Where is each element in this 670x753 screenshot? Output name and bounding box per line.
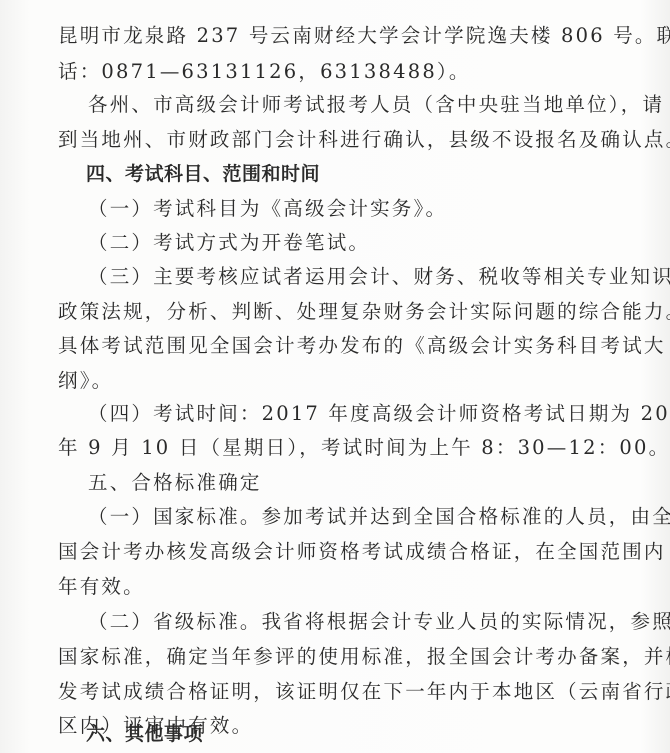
paragraph-line: 政策法规，分析、判断、处理复杂财务会计实际问题的综合能力。 [58, 300, 614, 324]
paragraph-line: 纲》。 [58, 369, 614, 393]
section-heading-6: 六、其他事项 [86, 722, 642, 746]
paragraph-line: 话：0871—63131126，63138488）。 [58, 60, 614, 84]
paragraph-line: （二）考试方式为开卷笔试。 [88, 231, 644, 255]
paragraph-line: （三）主要考核应试者运用会计、财务、税收等相关专业知识、 [88, 265, 614, 289]
paragraph-line: 各州、市高级会计师考试报考人员（含中央驻当地单位），请 [88, 93, 614, 117]
scanned-document-page: 昆明市龙泉路 237 号云南财经大学会计学院逸夫楼 806 号。联系电 话：08… [0, 0, 670, 753]
paragraph-line: 年有效。 [58, 575, 614, 599]
paragraph-line: 国家标准，确定当年参评的使用标准，报全国会计考办备案，并核 [58, 645, 614, 669]
paragraph-line: 具体考试范围见全国会计考办发布的《高级会计实务科目考试大 [58, 334, 614, 358]
paragraph-line: 国会计考办核发高级会计师资格考试成绩合格证，在全国范围内 3 [58, 540, 614, 564]
paragraph-line: 发考试成绩合格证明，该证明仅在下一年内于本地区（云南省行政 [58, 680, 614, 704]
paragraph-line: 年 9 月 10 日（星期日），考试时间为上午 8：30—12：00。 [58, 436, 614, 460]
section-heading-4: 四、考试科目、范围和时间 [86, 162, 642, 186]
paragraph-line: 昆明市龙泉路 237 号云南财经大学会计学院逸夫楼 806 号。联系电 [58, 24, 614, 48]
paragraph-line: （二）省级标准。我省将根据会计专业人员的实际情况，参照 [88, 610, 614, 634]
paragraph-line: （一）国家标准。参加考试并达到全国合格标准的人员，由全 [88, 505, 614, 529]
paragraph-line: 到当地州、市财政部门会计科进行确认，县级不设报名及确认点。 [58, 128, 614, 152]
section-heading-5: 五、合格标准确定 [88, 471, 644, 495]
paragraph-line: （四）考试时间：2017 年度高级会计师资格考试日期为 2017 [88, 402, 614, 426]
paragraph-line: （一）考试科目为《高级会计实务》。 [88, 197, 644, 221]
